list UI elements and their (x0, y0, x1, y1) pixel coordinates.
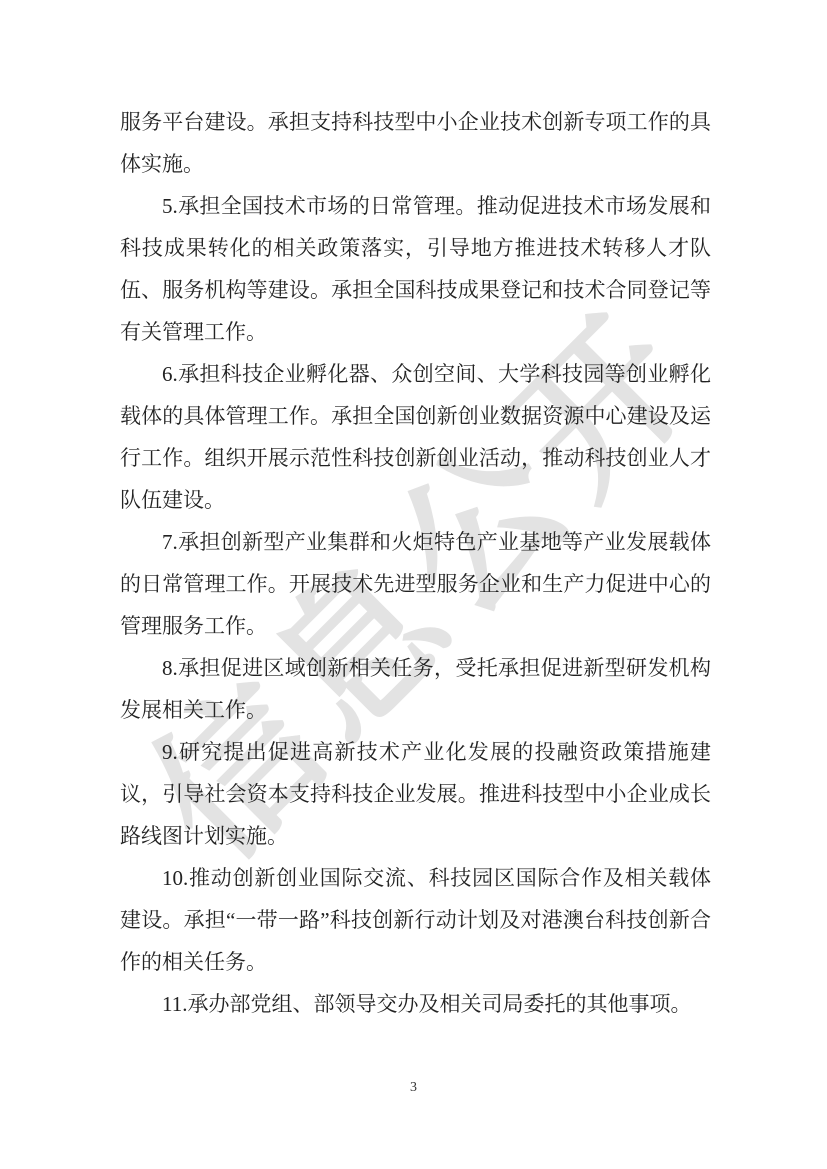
paragraph: 5.承担全国技术市场的日常管理。推动促进技术市场发展和科技成果转化的相关政策落实… (120, 185, 711, 353)
page-number: 3 (0, 1080, 827, 1096)
paragraph: 6.承担科技企业孵化器、众创空间、大学科技园等创业孵化载体的具体管理工作。承担全… (120, 353, 711, 521)
paragraph: 服务平台建设。承担支持科技型中小企业技术创新专项工作的具体实施。 (120, 101, 711, 185)
document-page: 信息公开 服务平台建设。承担支持科技型中小企业技术创新专项工作的具体实施。5.承… (0, 0, 827, 1169)
paragraph: 10.推动创新创业国际交流、科技园区国际合作及相关载体建设。承担“一带一路”科技… (120, 857, 711, 983)
paragraph: 9.研究提出促进高新技术产业化发展的投融资政策措施建议，引导社会资本支持科技企业… (120, 731, 711, 857)
paragraph: 11.承办部党组、部领导交办及相关司局委托的其他事项。 (120, 983, 711, 1025)
paragraph: 8.承担促进区域创新相关任务，受托承担促进新型研发机构发展相关工作。 (120, 647, 711, 731)
document-body: 服务平台建设。承担支持科技型中小企业技术创新专项工作的具体实施。5.承担全国技术… (120, 101, 711, 1025)
paragraph: 7.承担创新型产业集群和火炬特色产业基地等产业发展载体的日常管理工作。开展技术先… (120, 521, 711, 647)
